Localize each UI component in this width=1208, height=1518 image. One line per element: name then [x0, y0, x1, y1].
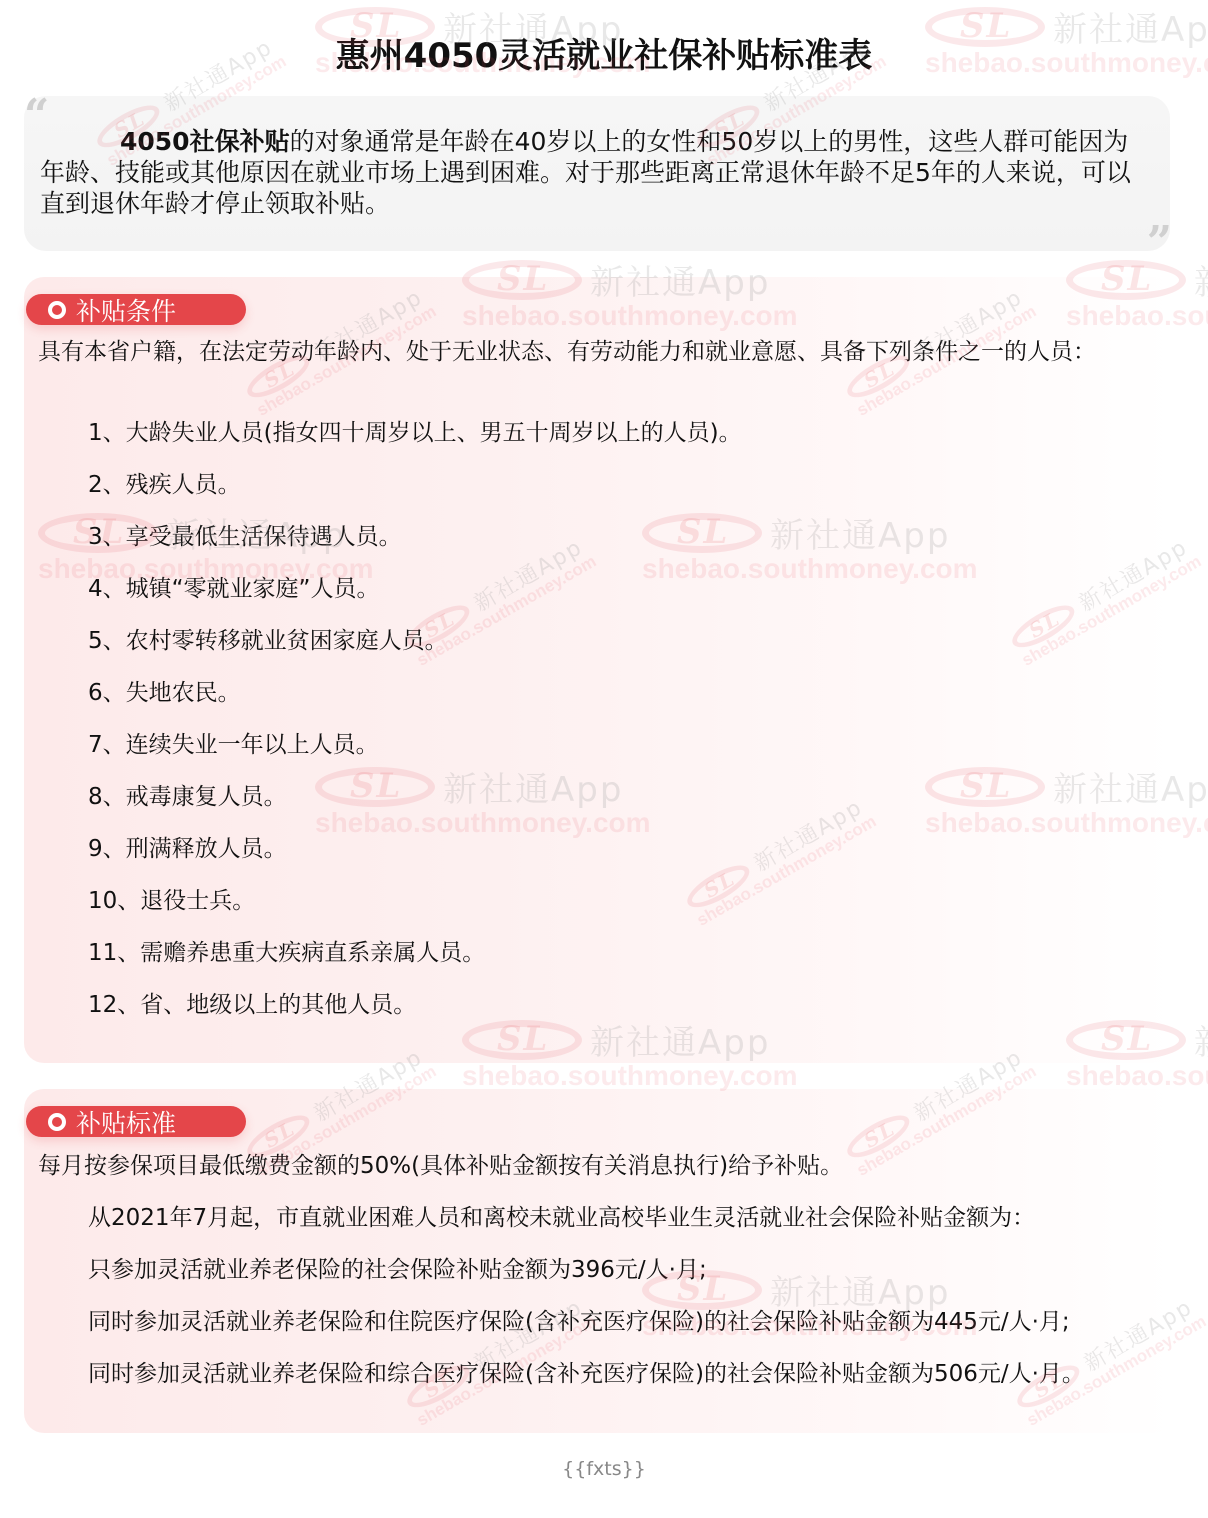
conditions-heading-pill: 补贴条件 — [26, 294, 246, 325]
footer-placeholder: {{fxts}} — [0, 1458, 1208, 1480]
circle-icon — [48, 1113, 66, 1131]
open-quote-icon: “ — [24, 94, 49, 138]
list-item: 同时参加灵活就业养老保险和综合医疗保险(含补充医疗保险)的社会保险补贴金额为50… — [88, 1348, 1085, 1400]
list-item: 7、连续失业一年以上人员。 — [88, 719, 742, 771]
standard-heading: 补贴标准 — [76, 1104, 176, 1140]
list-item: 4、城镇“零就业家庭”人员。 — [88, 563, 742, 615]
list-item: 9、刑满释放人员。 — [88, 823, 742, 875]
intro-paragraph: 4050社保补贴的对象通常是年龄在40岁以上的女性和50岁以上的男性，这些人群可… — [40, 126, 1136, 219]
conditions-section: 补贴条件 具有本省户籍，在法定劳动年龄内、处于无业状态、有劳动能力和就业意愿、具… — [24, 277, 1174, 1063]
conditions-list: 1、大龄失业人员(指女四十周岁以上、男五十周岁以上的人员)。 2、残疾人员。 3… — [88, 407, 742, 1031]
list-item: 3、享受最低生活保待遇人员。 — [88, 511, 742, 563]
intro-bold-lead: 4050社保补贴 — [120, 127, 290, 156]
list-item: 2、残疾人员。 — [88, 459, 742, 511]
list-item: 从2021年7月起，市直就业困难人员和离校未就业高校毕业生灵活就业社会保险补贴金… — [88, 1192, 1085, 1244]
standard-section: 补贴标准 每月按参保项目最低缴费金额的50%(具体补贴金额按有关消息执行)给予补… — [24, 1089, 1174, 1433]
list-item: 12、省、地级以上的其他人员。 — [88, 979, 742, 1031]
list-item: 1、大龄失业人员(指女四十周岁以上、男五十周岁以上的人员)。 — [88, 407, 742, 459]
standard-lead: 每月按参保项目最低缴费金额的50%(具体补贴金额按有关消息执行)给予补贴。 — [38, 1152, 1118, 1180]
list-item: 10、退役士兵。 — [88, 875, 742, 927]
list-item: 只参加灵活就业养老保险的社会保险补贴金额为396元/人·月; — [88, 1244, 1085, 1296]
list-item: 5、农村零转移就业贫困家庭人员。 — [88, 615, 742, 667]
list-item: 同时参加灵活就业养老保险和住院医疗保险(含补充医疗保险)的社会保险补贴金额为44… — [88, 1296, 1085, 1348]
standard-heading-pill: 补贴标准 — [26, 1106, 246, 1137]
conditions-heading: 补贴条件 — [76, 292, 176, 328]
standard-list: 从2021年7月起，市直就业困难人员和离校未就业高校毕业生灵活就业社会保险补贴金… — [88, 1192, 1085, 1400]
list-item: 6、失地农民。 — [88, 667, 742, 719]
page-title: 惠州4050灵活就业社保补贴标准表 — [0, 28, 1208, 77]
list-item: 8、戒毒康复人员。 — [88, 771, 742, 823]
intro-quote-box: “ 4050社保补贴的对象通常是年龄在40岁以上的女性和50岁以上的男性，这些人… — [24, 96, 1170, 251]
list-item: 11、需赡养患重大疾病直系亲属人员。 — [88, 927, 742, 979]
circle-icon — [48, 301, 66, 319]
conditions-lead: 具有本省户籍，在法定劳动年龄内、处于无业状态、有劳动能力和就业意愿、具备下列条件… — [38, 338, 1118, 366]
close-quote-icon: ” — [1147, 221, 1172, 265]
